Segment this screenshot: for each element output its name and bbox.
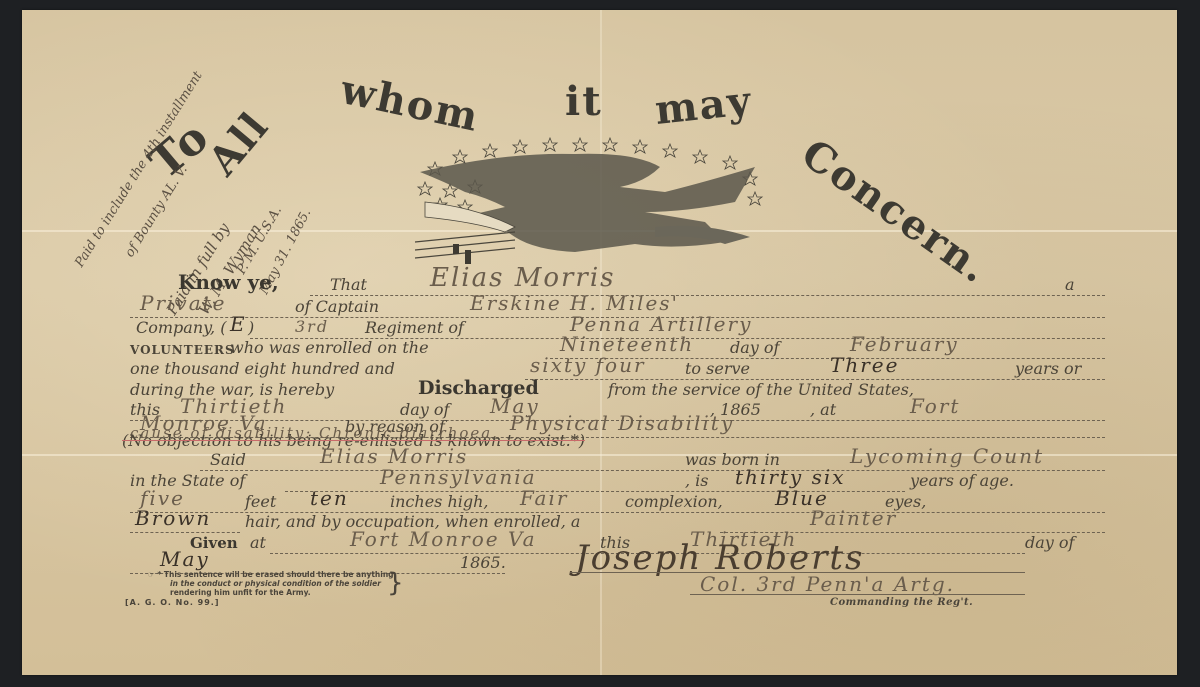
state-field: Pennsylvania	[380, 465, 537, 489]
height-inches-field: ten	[310, 486, 349, 510]
label-enrolled: who was enrolled on the	[230, 338, 429, 357]
given-place-field: Fort Monroe Va	[350, 527, 537, 551]
erasure-footnote: ☞ * This sentence will be erased should …	[148, 570, 394, 597]
occupation-field: Painter	[810, 506, 897, 530]
label-complexion: complexion,	[625, 492, 723, 511]
pointing-hand-icon: ☞	[148, 570, 155, 579]
term-field: Three	[830, 353, 899, 377]
label-volunteers: VOLUNTEERS	[130, 343, 235, 357]
label-company-close: )	[248, 318, 254, 337]
label-at: at	[250, 533, 266, 552]
regiment-number-field: 3rd	[295, 317, 329, 336]
given-month-field: May	[160, 547, 210, 571]
label-given-year: 1865.	[460, 553, 506, 572]
eagle-emblem-icon	[405, 132, 775, 272]
title-rule	[690, 594, 1025, 595]
commander-title: Col. 3rd Penn'a Artg.	[700, 572, 955, 596]
label-company: Company, (	[136, 318, 226, 337]
complexion-field: Fair	[520, 486, 568, 510]
commanding-caption: Commanding the Reg't.	[830, 597, 973, 608]
label-day-of: day of	[730, 338, 779, 357]
order-reference: [A. G. O. No. 99.]	[125, 598, 220, 607]
label-years-or: years or	[1015, 359, 1081, 378]
rank-field: Private	[140, 291, 227, 315]
label-from-service: from the service of the United States,	[608, 380, 914, 399]
hair-field: Brown	[135, 506, 211, 530]
label-years-of-age: years of age.	[910, 471, 1014, 490]
company-field: E	[230, 312, 247, 336]
label-inches-high: inches high,	[390, 492, 489, 511]
label-of-captain: of Captain	[295, 297, 379, 316]
label-is: , is	[685, 471, 709, 490]
label-feet: feet	[245, 492, 276, 511]
discharge-place-field: Fort	[910, 394, 960, 418]
label-that: That	[330, 275, 367, 294]
birthplace-field: Lycoming Count	[850, 444, 1044, 468]
label-year-text: one thousand eight hundred and	[130, 359, 395, 378]
label-day-of: day of	[1025, 533, 1074, 552]
label-to-serve: to serve	[685, 359, 750, 378]
label-said: Said	[210, 450, 246, 469]
label-regiment-of: Regiment of	[365, 318, 464, 337]
soldier-name-field: Elias Morris	[430, 263, 616, 293]
title-word-it: it	[565, 78, 603, 125]
enrolled-year-field: sixty four	[530, 353, 646, 377]
label-a: a	[1065, 275, 1075, 294]
brace: }	[387, 570, 404, 596]
